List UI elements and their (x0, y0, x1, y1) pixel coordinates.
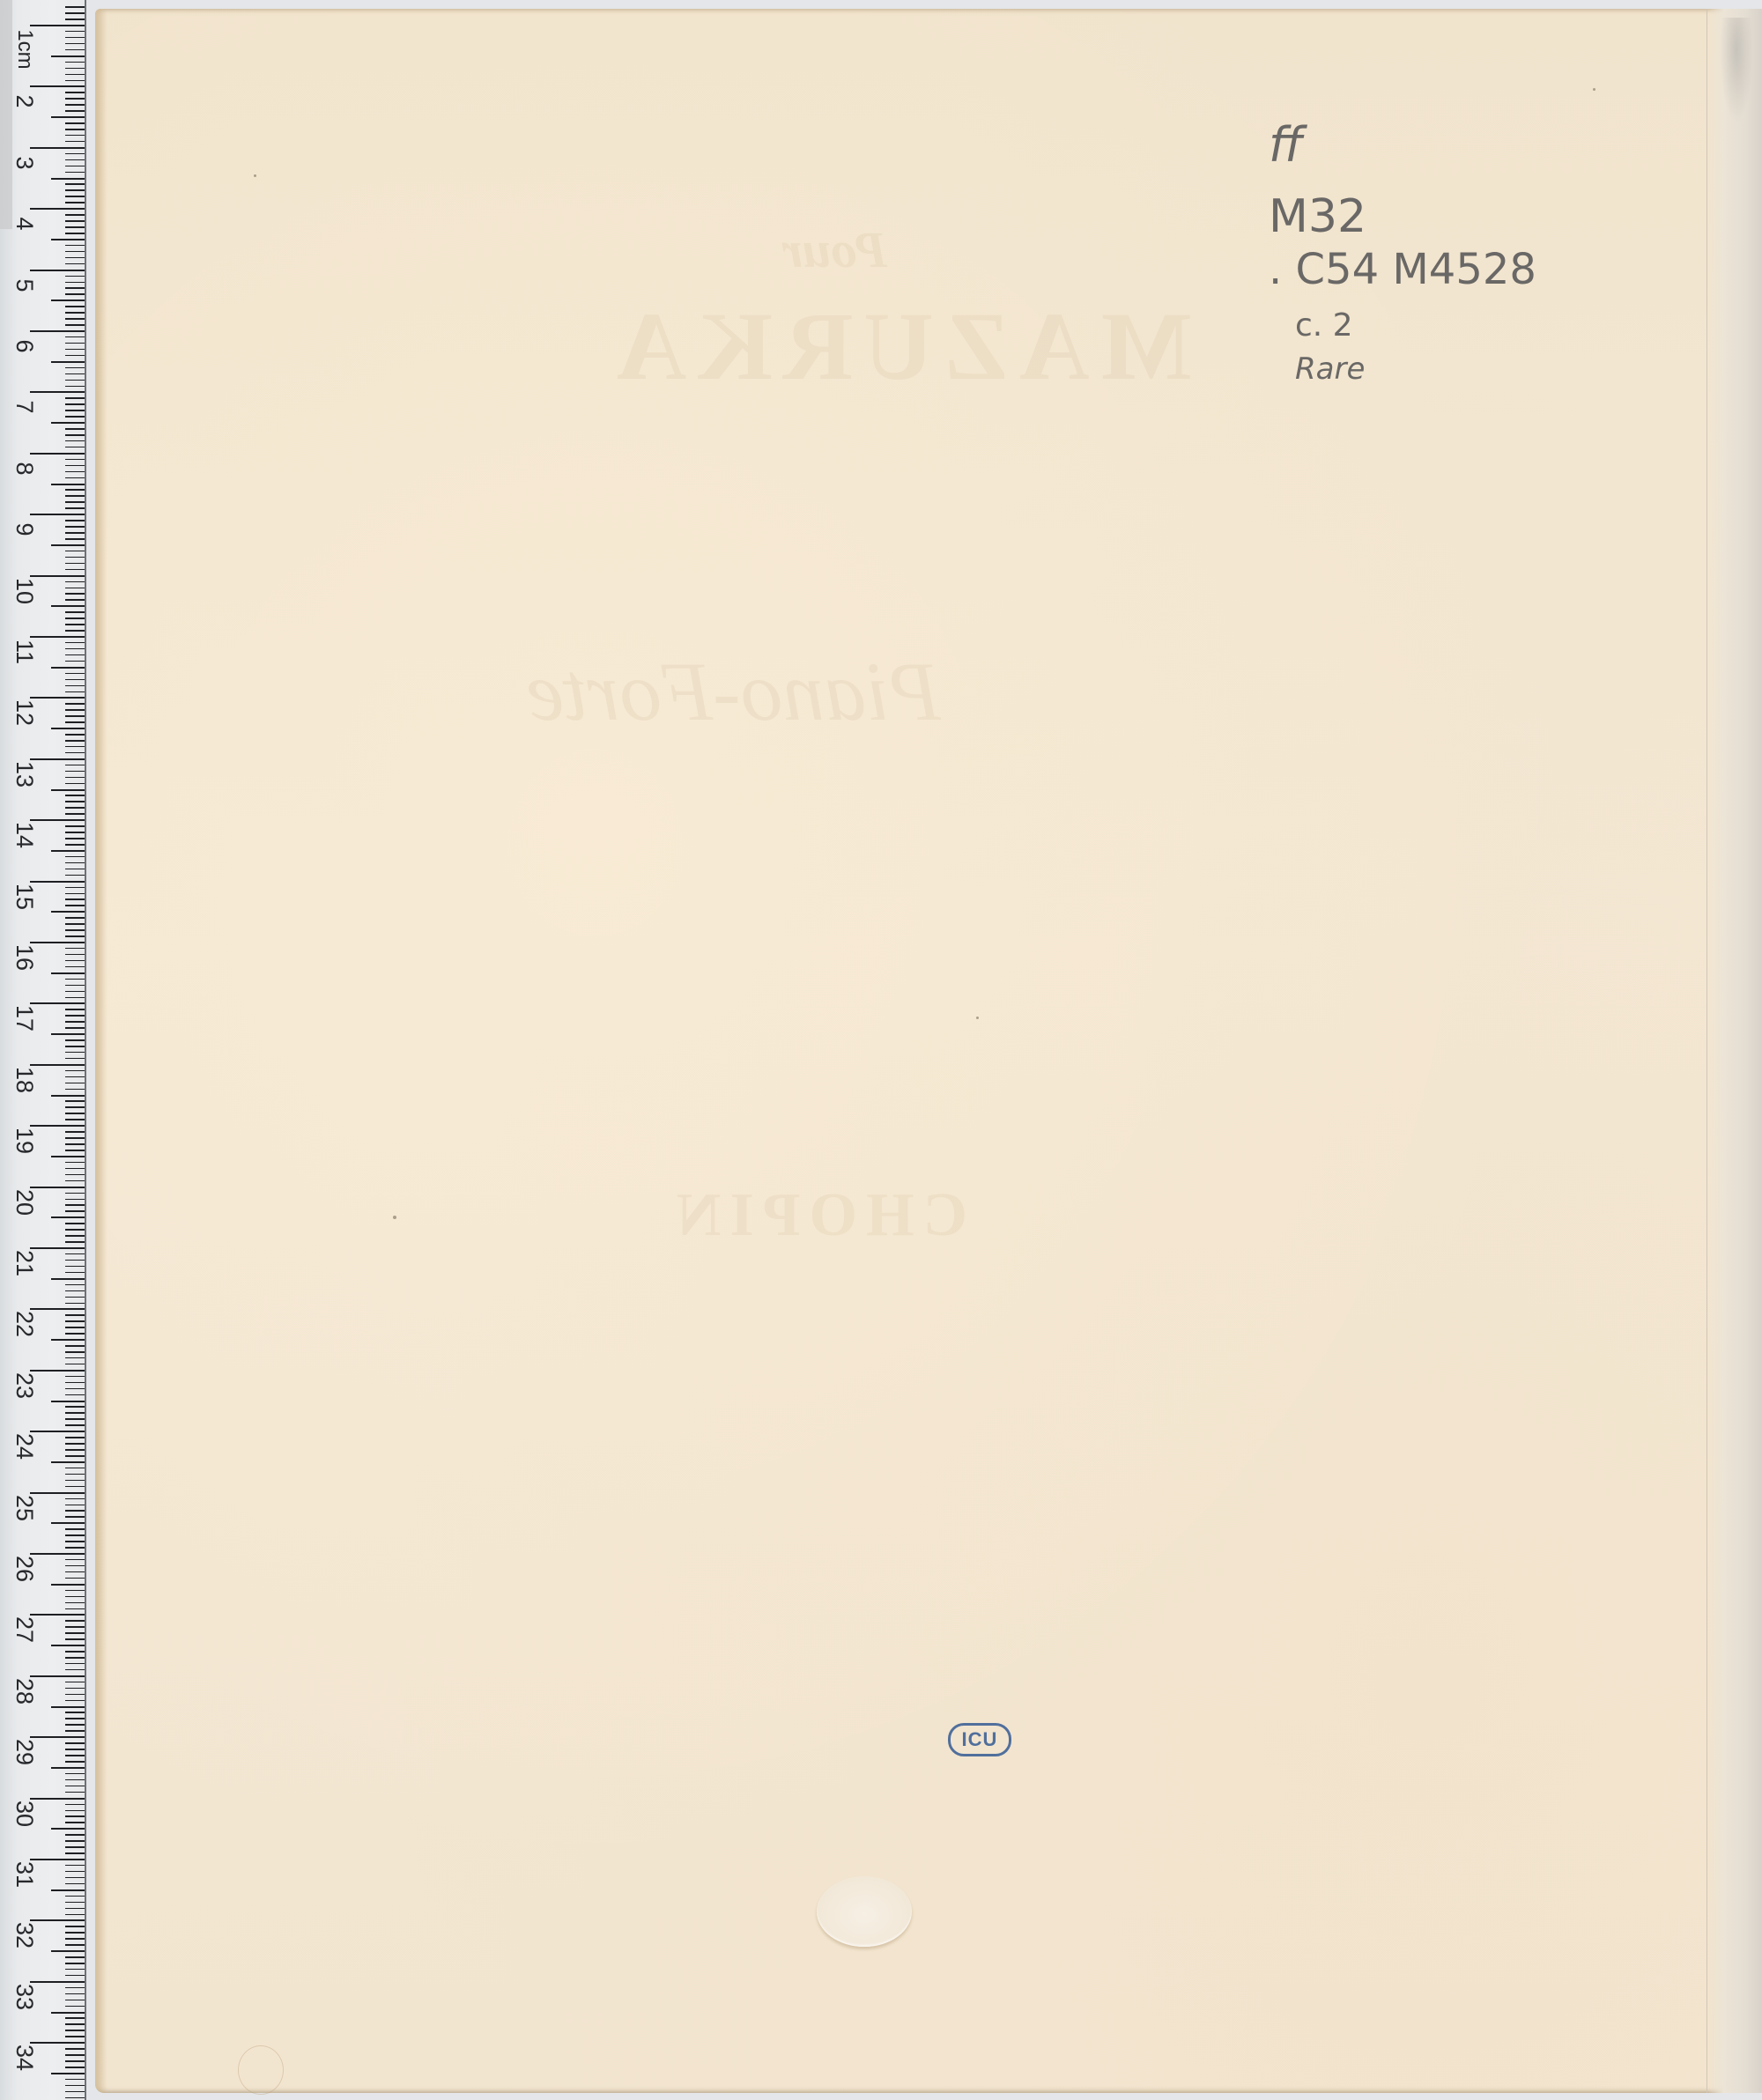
ruler-tick (65, 2091, 85, 2093)
ruler-tick (65, 1388, 85, 1390)
ruler-tick (65, 1083, 85, 1084)
ruler-tick (65, 397, 85, 399)
ruler-tick (51, 2012, 85, 2014)
ruler-tick (65, 617, 85, 619)
ruler-tick (51, 972, 85, 974)
ghost-line: MAZURKA (606, 291, 1192, 403)
ruler-number: 26 (7, 1544, 42, 1593)
ruler-tick (65, 1742, 85, 1744)
callnumber-line: c. 2 (1295, 310, 1353, 342)
ruler-tick (65, 838, 85, 839)
ruler-tick (65, 122, 85, 124)
ruler-number: 11 (7, 627, 42, 677)
ruler-tick (65, 31, 85, 33)
ruler-tick (65, 1357, 85, 1359)
ruler-tick (65, 1516, 85, 1518)
ghost-line: CHOPIN (668, 1180, 967, 1251)
measuring-ruler: 1cm2345678910111213141516171819202122232… (0, 0, 86, 2100)
ruler-number: 15 (7, 872, 42, 921)
ruler-tick (65, 709, 85, 711)
ruler-tick (65, 1290, 85, 1292)
ruler-tick (65, 129, 85, 130)
ruler-tick (65, 49, 85, 51)
ruler-tick (65, 1712, 85, 1713)
ruler-tick (65, 1626, 85, 1628)
ruler-tick (51, 850, 85, 852)
ruler-tick (65, 1260, 85, 1261)
ruler-tick (65, 1834, 85, 1836)
ruler-tick (65, 43, 85, 45)
ruler-tick (51, 789, 85, 791)
ruler-tick (65, 1682, 85, 1683)
ruler-tick (65, 1382, 85, 1384)
ruler-number: 3 (7, 145, 42, 181)
ruler-tick (65, 1253, 85, 1255)
ruler-tick (65, 1297, 85, 1298)
deckle-edge (95, 9, 107, 2093)
ruler-tick (65, 110, 85, 112)
ruler-number: 24 (7, 1422, 42, 1471)
ruler-tick (65, 37, 85, 39)
ruler-tick (65, 1443, 85, 1445)
ruler-tick (65, 1076, 85, 1078)
ruler-tick (65, 336, 85, 338)
ruler-tick (51, 1706, 85, 1708)
ruler-tick (65, 1871, 85, 1873)
ruler-tick (65, 477, 85, 479)
ruler-tick (65, 1204, 85, 1206)
ruler-tick (65, 923, 85, 925)
ruler-tick (65, 1119, 85, 1120)
ruler-number: 12 (7, 688, 42, 737)
ruler-tick (51, 422, 85, 424)
ruler-tick (65, 495, 85, 497)
ruler-tick (65, 1730, 85, 1732)
ruler-tick (65, 991, 85, 993)
ruler-tick (65, 403, 85, 405)
ruler-tick (65, 214, 85, 216)
ruler-tick (65, 771, 85, 773)
ruler-tick (51, 1645, 85, 1646)
ruler-tick (65, 141, 85, 143)
ruler-tick (65, 287, 85, 289)
ruler-tick (65, 440, 85, 442)
ruler-tick (65, 1932, 85, 1934)
ruler-tick (65, 1100, 85, 1102)
ruler-number: 21 (7, 1239, 42, 1288)
ruler-tick (65, 196, 85, 197)
paper-sheet: Pour MAZURKA Piano-Forte CHOPIN (95, 9, 1762, 2093)
ruler-tick (65, 1632, 85, 1634)
ruler-tick (65, 1963, 85, 1964)
ruler-tick (65, 740, 85, 742)
ruler-number: 18 (7, 1055, 42, 1105)
ruler-tick (65, 349, 85, 351)
ruler-tick (65, 1424, 85, 1426)
ruler-tick (65, 1284, 85, 1286)
ruler-number: 2 (7, 84, 42, 119)
paper-speck (393, 1216, 396, 1219)
ruler-tick (51, 299, 85, 301)
ruler-tick (65, 410, 85, 411)
ruler-tick (65, 172, 85, 174)
ruler-tick (65, 1541, 85, 1542)
ruler-tick (65, 532, 85, 534)
ruler-tick (65, 1865, 85, 1867)
ruler-tick (65, 1694, 85, 1696)
ruler-tick (65, 1840, 85, 1842)
ruler-tick (51, 1216, 85, 1218)
ruler-tick (65, 6, 85, 8)
ruler-tick (65, 1761, 85, 1763)
ruler-number: 4 (7, 206, 42, 241)
ruler-number: 13 (7, 750, 42, 799)
ruler-tick (65, 654, 85, 656)
ruler-tick (51, 1339, 85, 1341)
ruler-tick (65, 520, 85, 521)
ruler-tick (65, 1657, 85, 1659)
ruler-tick (65, 202, 85, 203)
ruler-tick (65, 2036, 85, 2037)
ruler-number: 22 (7, 1299, 42, 1349)
ruler-number: 20 (7, 1178, 42, 1227)
ruler-tick (65, 624, 85, 625)
ruler-tick (65, 1058, 85, 1060)
paper-speck (1593, 88, 1595, 91)
ruler-number: 23 (7, 1361, 42, 1410)
ruler-tick (65, 153, 85, 155)
water-ring-stain (238, 2045, 284, 2095)
ruler-tick (65, 355, 85, 357)
ruler-tick (65, 783, 85, 785)
ruler-tick (65, 1596, 85, 1598)
ruler-number: 5 (7, 268, 42, 303)
ruler-tick (65, 507, 85, 509)
ruler-tick (65, 380, 85, 381)
ruler-number: 7 (7, 389, 42, 425)
ruler-tick (65, 189, 85, 191)
ruler-tick (65, 1792, 85, 1793)
ruler-number: 16 (7, 933, 42, 982)
ruler-tick (65, 1944, 85, 1946)
ruler-tick (65, 18, 85, 20)
ruler-tick (65, 832, 85, 833)
blind-emboss-seal (817, 1876, 912, 1947)
ruler-tick (65, 1320, 85, 1322)
ruler-tick (65, 1174, 85, 1176)
ruler-tick (65, 1070, 85, 1072)
ghost-line: Piano-Forte (527, 643, 941, 740)
ruler-tick (65, 1700, 85, 1702)
ruler-tick (65, 276, 85, 277)
ruler-tick (65, 135, 85, 137)
ruler-tick (65, 1779, 85, 1781)
ruler-tick (65, 887, 85, 889)
ruler-tick (65, 929, 85, 931)
ruler-number: 10 (7, 566, 42, 616)
ruler-tick (65, 489, 85, 491)
ruler-tick (65, 611, 85, 613)
ruler-number: 28 (7, 1667, 42, 1716)
ruler-tick (65, 1474, 85, 1475)
ruler-tick (65, 1528, 85, 1530)
ghost-line: Pour (782, 220, 887, 279)
ruler-tick (65, 1333, 85, 1335)
ruler-tick (65, 459, 85, 461)
ruler-tick (65, 1486, 85, 1488)
ruler-tick (65, 1877, 85, 1879)
ruler-tick (51, 1950, 85, 1952)
ruler-tick (65, 1193, 85, 1194)
ruler-tick (65, 777, 85, 779)
ruler-tick (65, 538, 85, 540)
ruler-tick (65, 1810, 85, 1812)
ruler-unit-label: 1cm (7, 23, 42, 76)
ruler-tick (65, 2030, 85, 2031)
ruler-tick (65, 251, 85, 253)
ruler-tick (65, 569, 85, 571)
ruler-number: 33 (7, 1972, 42, 2022)
ruler-tick (65, 1663, 85, 1665)
ruler-tick (65, 721, 85, 723)
ruler-tick (65, 1993, 85, 1995)
ruler-tick (65, 312, 85, 314)
ruler-number: 14 (7, 810, 42, 860)
ruler-tick (65, 1896, 85, 1897)
ruler-tick (65, 1199, 85, 1201)
ruler-tick (65, 293, 85, 295)
ruler-tick (65, 935, 85, 937)
ruler-tick (65, 501, 85, 503)
ruler-tick (65, 245, 85, 247)
ruler-tick (65, 416, 85, 418)
ruler-tick (65, 1437, 85, 1438)
ruler-tick (65, 367, 85, 369)
ruler-tick (65, 1505, 85, 1506)
ruler-tick (65, 630, 85, 632)
ruler-tick (65, 997, 85, 999)
ruler-tick (65, 1718, 85, 1719)
ruler-tick (65, 74, 85, 76)
ruler-tick (65, 166, 85, 167)
ruler-tick (65, 1113, 85, 1114)
show-through-print: Pour MAZURKA Piano-Forte CHOPIN (95, 9, 1762, 2093)
ruler-tick (65, 1168, 85, 1170)
ruler-tick (65, 1914, 85, 1916)
ruler-tick (65, 434, 85, 436)
ruler-tick (51, 178, 85, 180)
ruler-tick (51, 1584, 85, 1586)
ruler-tick (65, 715, 85, 717)
ruler-tick (65, 343, 85, 344)
ruler-tick (65, 1406, 85, 1408)
ruler-tick (65, 765, 85, 766)
ruler-tick (65, 92, 85, 93)
ruler-tick (65, 1498, 85, 1500)
ruler-tick (65, 661, 85, 662)
ruler-tick (65, 1131, 85, 1133)
ruler-number: 8 (7, 451, 42, 486)
ruler-number: 27 (7, 1605, 42, 1654)
ruler-tick (51, 116, 85, 118)
ruler-tick (65, 1180, 85, 1182)
ruler-tick (65, 68, 85, 70)
ruler-tick (65, 2085, 85, 2087)
ruler-tick (65, 183, 85, 185)
ruler-tick (65, 746, 85, 748)
callnumber-line: . C54 M4528 (1269, 248, 1536, 291)
ruler-tick (51, 1461, 85, 1463)
ruler-tick (65, 1908, 85, 1910)
ruler-tick (65, 2054, 85, 2056)
ruler-tick (65, 1235, 85, 1237)
ruler-tick (65, 1039, 85, 1041)
ruler-tick (65, 1418, 85, 1420)
ruler-tick (51, 728, 85, 729)
ruler-tick (65, 226, 85, 228)
ruler-tick (65, 985, 85, 987)
ruler-tick (65, 1638, 85, 1640)
ruler-tick (51, 239, 85, 240)
ruler-tick (65, 282, 85, 284)
ruler-tick (65, 1015, 85, 1017)
ruler-tick (65, 1272, 85, 1274)
ruler-tick (65, 1956, 85, 1958)
binding-stain (1720, 18, 1753, 123)
ruler-tick (65, 960, 85, 962)
ruler-tick (65, 1926, 85, 1927)
ruler-tick (65, 1449, 85, 1451)
ruler-tick (51, 361, 85, 363)
ruler-tick (65, 1938, 85, 1940)
ruler-tick (65, 795, 85, 796)
ruler-tick (65, 685, 85, 687)
ruler-tick (65, 1351, 85, 1353)
ruler-tick (65, 1046, 85, 1047)
ruler-tick (51, 1095, 85, 1097)
ruler-tick (65, 1468, 85, 1469)
ruler-tick (65, 898, 85, 900)
ruler-tick (51, 1033, 85, 1035)
ruler-tick (65, 844, 85, 846)
ruler-tick (65, 1534, 85, 1536)
ruler-tick (65, 1815, 85, 1817)
ruler-tick (65, 1559, 85, 1561)
ruler-tick (65, 1241, 85, 1243)
ruler-tick (65, 1773, 85, 1775)
ruler-tick (65, 1480, 85, 1482)
ruler-tick (65, 1578, 85, 1579)
ruler-tick (65, 1608, 85, 1610)
ruler-number: 19 (7, 1116, 42, 1165)
ruler-tick (65, 1455, 85, 1457)
ruler-tick (65, 1345, 85, 1347)
ruler-tick (65, 825, 85, 827)
ruler-tick (65, 2006, 85, 2008)
ruler-number: 6 (7, 329, 42, 364)
ruler-tick (65, 1669, 85, 1671)
ruler-tick (65, 1052, 85, 1054)
ruler-tick (65, 862, 85, 864)
ruler-tick (65, 318, 85, 320)
ruler-tick (65, 2067, 85, 2068)
ruler-tick (65, 1987, 85, 1989)
library-stamp: ICU (948, 1723, 1011, 1756)
ruler-tick (65, 2000, 85, 2001)
ruler-tick (65, 1266, 85, 1268)
ruler-tick (65, 1089, 85, 1091)
ruler-tick (65, 1651, 85, 1653)
callnumber-line: M32 (1269, 194, 1366, 240)
ruler-tick (65, 588, 85, 589)
paper-speck (976, 1017, 979, 1019)
ruler-tick (65, 954, 85, 956)
ruler-tick (65, 1846, 85, 1848)
ruler-tick (65, 220, 85, 222)
ruler-tick (65, 1327, 85, 1328)
ruler-tick (65, 734, 85, 736)
ruler-number: 34 (7, 2033, 42, 2082)
ruler-tick (65, 563, 85, 565)
ruler-tick (65, 581, 85, 583)
ruler-tick (65, 1902, 85, 1904)
ruler-tick (65, 807, 85, 809)
ruler-number: 25 (7, 1483, 42, 1533)
ruler-tick (65, 856, 85, 858)
ruler-tick (65, 673, 85, 675)
ruler-tick (51, 1278, 85, 1280)
ruler-tick (65, 526, 85, 528)
ruler-tick (51, 1889, 85, 1891)
ruler-tick (65, 551, 85, 552)
ruler-tick (51, 911, 85, 913)
ruler-tick (65, 233, 85, 234)
ruler-number: 31 (7, 1850, 42, 1899)
ruler-tick (65, 1688, 85, 1690)
ruler-tick (51, 1767, 85, 1769)
ruler-tick (65, 1786, 85, 1787)
ruler-number: 30 (7, 1789, 42, 1838)
ruler-tick (65, 324, 85, 326)
ruler-tick (65, 1749, 85, 1750)
ruler-tick (65, 1602, 85, 1604)
ruler-tick (65, 447, 85, 448)
ruler-tick (65, 979, 85, 980)
ruler-tick (65, 691, 85, 693)
ruler-tick (65, 471, 85, 473)
ruler-tick (65, 2060, 85, 2062)
ruler-tick (65, 557, 85, 558)
ruler-tick (65, 1314, 85, 1316)
ruler-tick (65, 703, 85, 705)
ruler-tick (51, 55, 85, 57)
ruler-tick (65, 905, 85, 906)
ruler-tick (65, 1303, 85, 1305)
ruler-tick (65, 679, 85, 681)
ruler-tick (65, 1150, 85, 1151)
ruler-tick (65, 1027, 85, 1029)
ruler-tick (65, 2097, 85, 2099)
ruler-tick (65, 917, 85, 919)
ruler-tick (65, 875, 85, 876)
ruler-tick (65, 1223, 85, 1224)
ruler-tick (65, 2079, 85, 2081)
ruler-tick (65, 648, 85, 650)
ruler-tick (65, 1755, 85, 1756)
ruler-tick (65, 1620, 85, 1622)
ruler-tick (51, 1828, 85, 1830)
ruler-tick (65, 1376, 85, 1378)
